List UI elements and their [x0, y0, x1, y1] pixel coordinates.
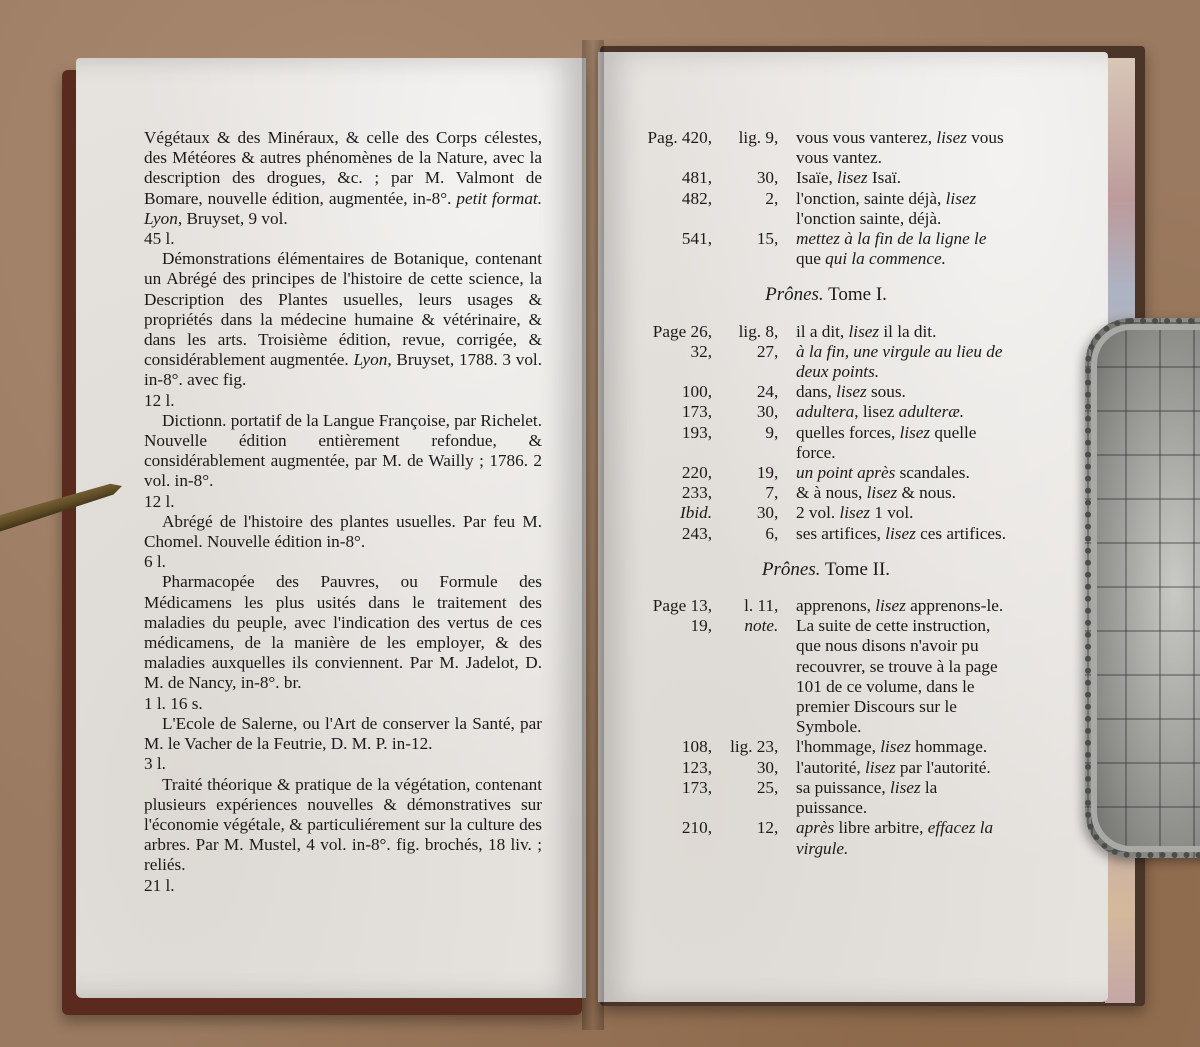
errata-correction: que — [796, 249, 825, 268]
errata-lisez: , lisez — [854, 402, 898, 421]
entry-text: Abrégé de l'histoire des plantes usuelle… — [144, 512, 542, 552]
errata-page: 541, — [640, 229, 712, 249]
errata-text: apprenons, — [796, 596, 875, 615]
errata-line: 6, — [716, 524, 778, 544]
catalogue-entry: Végétaux & des Minéraux, & celle des Cor… — [144, 128, 542, 249]
errata-text: il a dit, — [796, 322, 849, 341]
entry-text: Dictionn. portatif de la Langue François… — [144, 411, 542, 492]
errata-page: 173, — [640, 402, 712, 422]
errata-page: 233, — [640, 483, 712, 503]
section-title-italic: Prônes. — [765, 284, 824, 305]
errata-text: ses artifices, — [796, 524, 885, 543]
errata-row: 541, 15, mettez à la fin de la ligne le … — [640, 229, 1012, 269]
errata-lisez: lisez — [839, 503, 870, 522]
errata-lisez: lisez — [900, 423, 931, 442]
entry-price: 1 l. 16 s. — [144, 694, 542, 714]
errata-line: lig. 9, — [716, 128, 778, 148]
errata-row: 220, 19, un point après scandales. — [640, 463, 1012, 483]
errata-lisez: lisez — [946, 189, 977, 208]
errata-page: 210, — [640, 818, 712, 838]
errata-lisez: lisez — [885, 524, 916, 543]
errata-line: lig. 23, — [716, 737, 778, 757]
errata-line: 30, — [716, 168, 778, 188]
errata-correction: scandales. — [895, 463, 969, 482]
errata-line: 7, — [716, 483, 778, 503]
errata-lisez: lisez — [867, 483, 898, 502]
errata-page: 482, — [640, 189, 712, 209]
errata-line: lig. 8, — [716, 322, 778, 342]
section-title-tome-2: Prônes. Tome II. — [640, 560, 1012, 580]
errata-line: 19, — [716, 463, 778, 483]
errata-page: 173, — [640, 778, 712, 798]
errata-text: sa puissance, — [796, 778, 890, 797]
entry-text: Traité théorique & pratique de la végéta… — [144, 775, 542, 876]
errata-lisez: lisez — [880, 737, 911, 756]
errata-line: 24, — [716, 382, 778, 402]
errata-page: 123, — [640, 758, 712, 778]
errata-lisez: lisez — [837, 168, 868, 187]
errata-row: 210, 12, après libre arbitre, effacez la… — [640, 818, 1012, 858]
entry-price: 3 l. — [144, 754, 542, 774]
metal-clasp-ornament — [1085, 318, 1200, 858]
errata-row: 173, 30, adultera, lisez adulteræ. — [640, 402, 1012, 422]
errata-text: adultera — [796, 402, 854, 421]
errata-text: mettez à la fin de la ligne le — [796, 229, 986, 248]
errata-row: 243, 6, ses artifices, lisez ces artific… — [640, 524, 1012, 544]
errata-text: & à nous, — [796, 483, 867, 502]
errata-text: l'hommage, — [796, 737, 880, 756]
errata-text-roman: libre arbitre, — [834, 818, 928, 837]
errata-page: 481, — [640, 168, 712, 188]
entry-italic: petit format. — [456, 189, 542, 208]
errata-text: l'onction, sainte déjà, — [796, 189, 946, 208]
errata-text: La suite de cette instruction, que nous … — [796, 616, 1012, 737]
errata-text: après — [796, 818, 834, 837]
errata-correction: 1 vol. — [870, 503, 913, 522]
left-page-text: Végétaux & des Minéraux, & celle des Cor… — [144, 128, 542, 896]
entry-price: 12 l. — [144, 391, 542, 411]
errata-line: 27, — [716, 342, 778, 362]
errata-page: 220, — [640, 463, 712, 483]
errata-correction: adulteræ. — [899, 402, 964, 421]
book-gutter — [582, 40, 604, 1030]
errata-text: 2 vol. — [796, 503, 839, 522]
section-title-tome-1: Prônes. Tome I. — [640, 285, 1012, 305]
errata-text: un point après — [796, 463, 895, 482]
errata-text: à la fin, une virgule au lieu de deux po… — [796, 342, 1012, 382]
errata-line: 12, — [716, 818, 778, 838]
errata-line: l. 11, — [716, 596, 778, 616]
errata-page: 193, — [640, 423, 712, 443]
entry-imprint-city: Lyon — [144, 209, 178, 228]
errata-page: Ibid. — [640, 503, 712, 523]
errata-row: Pag. 420, lig. 9, vous vous vanterez, li… — [640, 128, 1012, 168]
errata-row: 173, 25, sa puissance, lisez la puissanc… — [640, 778, 1012, 818]
errata-correction: hommage. — [911, 737, 987, 756]
errata-correction: l'onction sainte, déjà. — [796, 209, 941, 228]
errata-text: dans, — [796, 382, 836, 401]
errata-line: 25, — [716, 778, 778, 798]
errata-page: 100, — [640, 382, 712, 402]
errata-row: Ibid. 30, 2 vol. lisez 1 vol. — [640, 503, 1012, 523]
entry-price: 21 l. — [144, 876, 542, 896]
errata-row: 32, 27, à la fin, une virgule au lieu de… — [640, 342, 1012, 382]
errata-correction: il la dit. — [879, 322, 936, 341]
errata-line: note. — [716, 616, 778, 636]
errata-page: Pag. 420, — [640, 128, 712, 148]
entry-price: 12 l. — [144, 492, 542, 512]
errata-row: 193, 9, quelles forces, lisez quelle for… — [640, 423, 1012, 463]
catalogue-entry: Abrégé de l'histoire des plantes usuelle… — [144, 512, 542, 573]
section-title-text: Tome II. — [821, 559, 891, 580]
entry-text: L'Ecole de Salerne, ou l'Art de conserve… — [144, 714, 542, 754]
errata-text: vous vous vanterez, — [796, 128, 936, 147]
errata-text: l'autorité, — [796, 758, 865, 777]
right-page-text: Pag. 420, lig. 9, vous vous vanterez, li… — [640, 128, 1012, 859]
errata-correction: sous. — [867, 382, 906, 401]
errata-row: 19, note. La suite de cette instruction,… — [640, 616, 1012, 737]
errata-row: 233, 7, & à nous, lisez & nous. — [640, 483, 1012, 503]
errata-page: 32, — [640, 342, 712, 362]
errata-line: 30, — [716, 402, 778, 422]
section-title-italic: Prônes. — [762, 559, 821, 580]
errata-line: 30, — [716, 758, 778, 778]
errata-row: Page 26, lig. 8, il a dit, lisez il la d… — [640, 322, 1012, 342]
errata-text: quelles forces, — [796, 423, 900, 442]
section-title-text: Tome I. — [824, 284, 887, 305]
entry-imprint: , Bruyset, 9 vol. — [178, 209, 288, 228]
errata-page: 19, — [640, 616, 712, 636]
errata-text: Isaïe, — [796, 168, 837, 187]
errata-line: 9, — [716, 423, 778, 443]
errata-line: 15, — [716, 229, 778, 249]
errata-page: Page 13, — [640, 596, 712, 616]
catalogue-entry: L'Ecole de Salerne, ou l'Art de conserve… — [144, 714, 542, 775]
errata-line: 2, — [716, 189, 778, 209]
errata-row: 481, 30, Isaïe, lisez Isaï. — [640, 168, 1012, 188]
errata-page: Page 26, — [640, 322, 712, 342]
errata-lisez: lisez — [849, 322, 880, 341]
errata-page: 108, — [640, 737, 712, 757]
errata-correction: apprenons-le. — [906, 596, 1003, 615]
errata-correction-italic: qui la commence. — [825, 249, 946, 268]
errata-page: 243, — [640, 524, 712, 544]
errata-lisez: lisez — [875, 596, 906, 615]
errata-lisez: lisez — [865, 758, 896, 777]
errata-row: 482, 2, l'onction, sainte déjà, lisez l'… — [640, 189, 1012, 229]
catalogue-entry: Pharmacopée des Pauvres, ou Formule des … — [144, 572, 542, 713]
errata-row: 108, lig. 23, l'hommage, lisez hommage. — [640, 737, 1012, 757]
errata-row: 123, 30, l'autorité, lisez par l'autorit… — [640, 758, 1012, 778]
errata-correction: Isaï. — [868, 168, 901, 187]
errata-line: 30, — [716, 503, 778, 523]
errata-correction: & nous. — [897, 483, 956, 502]
entry-price: 45 l. — [144, 229, 542, 249]
entry-text: Pharmacopée des Pauvres, ou Formule des … — [144, 572, 542, 693]
errata-row: Page 13, l. 11, apprenons, lisez appreno… — [640, 596, 1012, 616]
catalogue-entry: Traité théorique & pratique de la végéta… — [144, 775, 542, 896]
catalogue-entry: Dictionn. portatif de la Langue François… — [144, 411, 542, 512]
entry-imprint-city: Lyon — [353, 350, 387, 369]
errata-row: 100, 24, dans, lisez sous. — [640, 382, 1012, 402]
errata-correction: par l'autorité. — [896, 758, 991, 777]
catalogue-entry: Démonstrations élémentaires de Botanique… — [144, 249, 542, 411]
errata-lisez: lisez — [936, 128, 967, 147]
entry-price: 6 l. — [144, 552, 542, 572]
errata-correction: ces artifices. — [916, 524, 1006, 543]
errata-lisez: lisez — [890, 778, 921, 797]
errata-lisez: lisez — [836, 382, 867, 401]
